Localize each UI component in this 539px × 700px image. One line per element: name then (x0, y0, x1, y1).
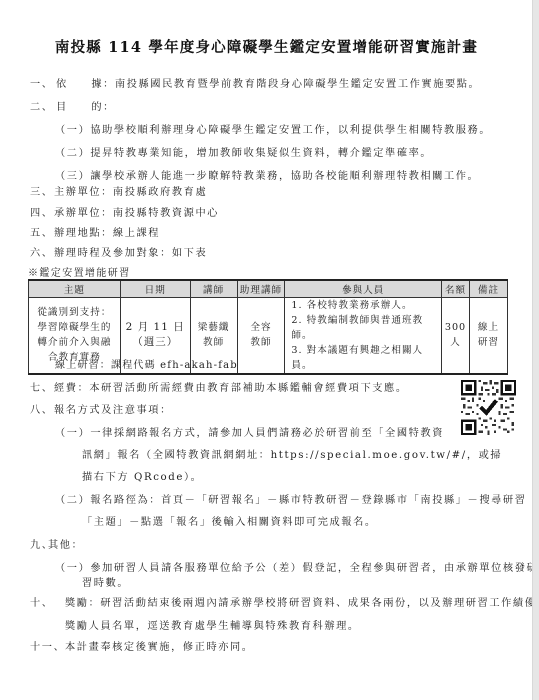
table-footnote: 線上研習：課程代碼 efh-akah-fab (55, 356, 238, 371)
section-number: 六、 (30, 244, 54, 259)
header-note: 備註 (470, 280, 508, 297)
document-title: 南投縣 114 學年度身心障礙學生鑑定安置增能研習實施計畫 (0, 36, 533, 57)
section-text: 其他： (48, 540, 83, 551)
section-budget: 七、經費：本研習活動所需經費由教育部補助本縣鑑輔會經費項下支應。 (30, 379, 408, 394)
section-text: 本計畫奉核定後實施，修正時亦同。 (65, 642, 254, 653)
cell-note: 線上 研習 (470, 297, 508, 374)
header-participants: 參與人員 (285, 280, 442, 297)
other-item-1-line-2: 習時數。 (82, 574, 129, 589)
section-number: 一、 (30, 75, 56, 90)
section-text: 承辦單位：南投縣特教資源中心 (54, 208, 219, 219)
section-location: 五、辦理地點：線上課程 (30, 224, 160, 239)
other-item-1-line-1: （一）參加研習人員請各服務單位給予公（差）假登記，全程參與研習者，由承辦單位核發… (55, 559, 538, 574)
section-number: 十一、 (30, 638, 65, 653)
section-number: 二、 (30, 98, 56, 113)
header-quota: 名額 (442, 280, 470, 297)
vertical-scrollbar[interactable] (532, 0, 539, 700)
registration-item-2-line-1: （二）報名路徑為：首頁－「研習報名」－縣市特教研習－登錄縣市「南投縣」－搜尋研習 (55, 491, 527, 506)
header-assistant: 助理講師 (237, 280, 285, 297)
section-number: 四、 (30, 204, 54, 219)
section-number: 十、 (30, 594, 65, 609)
cell-quota: 300 人 (442, 297, 470, 374)
section-number: 九、 (30, 536, 48, 551)
section-schedule: 六、辦理時程及參加對象：如下表 (30, 244, 207, 259)
registration-item-1-line-2: 訊網」報名（全國特教資訊網網址：https://special.moe.gov.… (82, 446, 502, 461)
document-page: 南投縣 114 學年度身心障礙學生鑑定安置增能研習實施計畫 一、依 據：南投縣國… (0, 0, 533, 700)
section-number: 八、 (30, 401, 54, 416)
section-executor: 四、承辦單位：南投縣特教資源中心 (30, 204, 219, 219)
registration-item-1-line-1: （一）一律採網路報名方式，請參加人員們請務必於研習前至「全國特教資 (55, 424, 444, 439)
header-date: 日期 (120, 280, 190, 297)
section-registration: 八、報名方式及注意事項： (30, 401, 172, 416)
cell-participants: 1. 各校特教業務承辦人。 2. 特教編制教師與普通班教師。 3. 對本議題有興… (285, 297, 442, 374)
section-number: 三、 (30, 183, 54, 198)
section-text: 獎勵：研習活動結束後兩週內請承辦學校將研習資料、成果各兩份，以及辦理研習工作績優 (65, 598, 537, 609)
section-reward: 十、獎勵：研習活動結束後兩週內請承辦學校將研習資料、成果各兩份，以及辦理研習工作… (30, 594, 537, 609)
section-effective: 十一、本計畫奉核定後實施，修正時亦同。 (30, 638, 254, 653)
registration-item-2-line-2: 「主題」－點選「報名」後輸入相關資料即可完成報名。 (82, 513, 377, 528)
section-text: 南投縣國民教育暨學前教育階段身心障礙學生鑑定安置工作實施要點。 (115, 79, 480, 90)
section-text: 主辦單位：南投縣政府教育處 (54, 187, 207, 198)
table-caption: ※鑑定安置增能研習 (28, 264, 131, 279)
section-organizer: 三、主辦單位：南投縣政府教育處 (30, 183, 207, 198)
section-label: 依 據： (56, 79, 115, 90)
registration-item-1-line-3: 描右下方 QRcode）。 (82, 468, 202, 483)
section-text: 報名方式及注意事項： (54, 405, 172, 416)
section-reward-line-2: 獎勵人員名單，逕送教育處學生輔導與特殊教育科辦理。 (65, 617, 360, 632)
qr-code-icon[interactable] (461, 380, 516, 435)
header-lecturer: 講師 (190, 280, 237, 297)
section-text: 辦理地點：線上課程 (54, 228, 160, 239)
section-text: 經費：本研習活動所需經費由教育部補助本縣鑑輔會經費項下支應。 (54, 383, 408, 394)
section-text: 辦理時程及參加對象：如下表 (54, 248, 207, 259)
section-number: 七、 (30, 379, 54, 394)
purpose-item-1: （一）協助學校順利辦理身心障礙學生鑑定安置工作，以利提供學生相關特教服務。 (55, 121, 491, 136)
table-header-row: 主題 日期 講師 助理講師 參與人員 名額 備註 (29, 280, 508, 297)
cell-assistant: 全容 教師 (237, 297, 285, 374)
section-number: 五、 (30, 224, 54, 239)
section-basis: 一、依 據：南投縣國民教育暨學前教育階段身心障礙學生鑑定安置工作實施要點。 (30, 75, 480, 90)
section-label: 目 的： (56, 102, 115, 113)
section-other: 九、其他： (30, 536, 83, 551)
purpose-item-2: （二）提昇特教專業知能，增加教師收集疑似生資料，轉介鑑定準確率。 (55, 144, 432, 159)
section-purpose: 二、目 的： (30, 98, 115, 113)
purpose-item-3: （三）讓學校承辦人能進一步瞭解特教業務，協助各校能順利辦理特教相關工作。 (55, 167, 479, 182)
header-topic: 主題 (29, 280, 121, 297)
